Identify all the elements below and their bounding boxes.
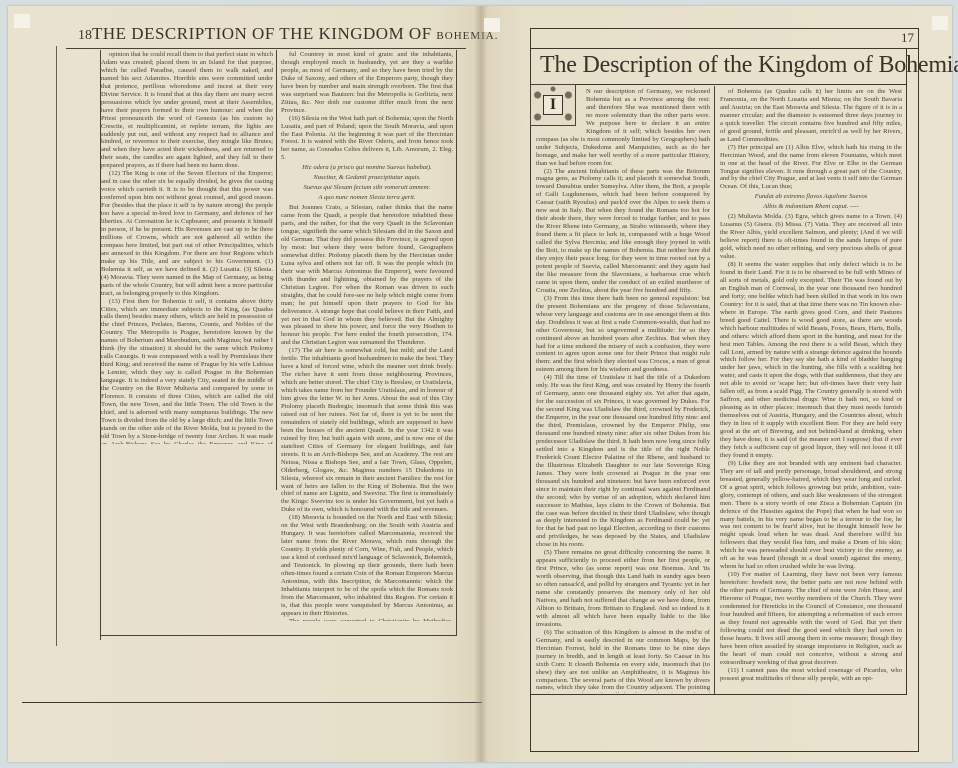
- paragraph: (10) For matter of Learning, they have n…: [720, 571, 902, 666]
- verse-line: Albis & indomitum Rheni caput. ----: [720, 203, 902, 211]
- scan-mark: [932, 16, 948, 30]
- column-divider: [714, 86, 715, 694]
- running-title: THE DESCRIPTION OF THE KINGDOM OF BOHEMI…: [92, 24, 499, 44]
- paragraph: But Joannes Crato, a Silesian, rather th…: [281, 204, 453, 347]
- paragraph: (7) Her principal are (1) Albis Elve, wh…: [720, 144, 902, 192]
- running-title-text: THE DESCRIPTION OF THE KINGDOM OF: [92, 24, 432, 43]
- left-column-2: ful Countrey in most kind of grain: and …: [281, 51, 453, 621]
- right-column-2: of Bohemia (as Quadus calls it) her limi…: [720, 88, 902, 693]
- page-title: The Description of the Kingdom of Bohemi…: [540, 52, 910, 79]
- title-rule: [532, 84, 906, 85]
- initial-letter: I: [543, 95, 563, 115]
- page-number: 18: [78, 28, 92, 44]
- scan-mark: [14, 14, 30, 28]
- column-frame-left: [100, 50, 101, 640]
- verse-line: Fundat ab extremo flavos Aquilone Suevos: [720, 193, 902, 201]
- page-number: 17: [901, 30, 914, 46]
- verse-line: Suevus qui Slesam fecium sibi vomeruit a…: [281, 184, 453, 192]
- paragraph: (13) First then for Bohemia it self, it …: [101, 298, 273, 444]
- right-column-1: N our description of Germany, we reckone…: [536, 88, 710, 693]
- paragraph: (3) From this time there hath been no ge…: [536, 295, 710, 375]
- column-divider: [276, 50, 277, 490]
- frame-bottom: [531, 694, 907, 695]
- paragraph: ful Countrey in most kind of grain: and …: [281, 51, 453, 115]
- left-page: 18 THE DESCRIPTION OF THE KINGDOM OF BOH…: [8, 6, 480, 762]
- frame-bottom: [100, 635, 457, 636]
- paragraph: (6) The scituation of this Kingdom is al…: [536, 629, 710, 693]
- paragraph: of Bohemia (as Quadus calls it) her limi…: [720, 88, 902, 144]
- paragraph: (18) Moravia is bounded on the North and…: [281, 514, 453, 617]
- left-page-header: 18 THE DESCRIPTION OF THE KINGDOM OF BOH…: [78, 24, 478, 44]
- verse-line: Hic odera (a prisco qui nomine Suevus ha…: [281, 164, 453, 172]
- paragraph: (8) It seems the water supplies that onl…: [720, 261, 902, 460]
- page-bottom-rule: [22, 702, 482, 703]
- paragraph: (11) I cannot pass the most wicked cosen…: [720, 667, 902, 683]
- paragraph: (16) Silesia on the West hath part of Bo…: [281, 115, 453, 163]
- paragraph: opinion that he could recall them to tha…: [101, 51, 273, 170]
- scan-mark: [484, 18, 500, 32]
- margin-rule: [906, 48, 907, 694]
- margin-rule: [56, 46, 57, 646]
- paragraph: (4) Till the time of Uratislaw it had th…: [536, 374, 710, 549]
- paragraph: (12) The King is one of the Seven Electo…: [101, 170, 273, 297]
- decorated-initial: I: [530, 84, 576, 126]
- book-spread: 18 THE DESCRIPTION OF THE KINGDOM OF BOH…: [8, 6, 952, 762]
- paragraph: (17) The air here is somewhat cold, but …: [281, 347, 453, 514]
- verse-line: A quo nunc nomen Slesia terra gerit.: [281, 194, 453, 202]
- header-rule: [66, 48, 466, 49]
- paragraph: (2) Multavia Molda. (3) Egra, which give…: [720, 213, 902, 261]
- paragraph: (9) Like they are not branded with any e…: [720, 460, 902, 571]
- verse-line: Nascitur, & Gedanii praecipitatur aquis.: [281, 174, 453, 182]
- header-rule: [531, 48, 918, 49]
- paragraph: (5) There remains no great difficulty co…: [536, 549, 710, 629]
- column-frame-right: [456, 50, 457, 636]
- paragraph: (2) The ancient Inhabitants of these par…: [536, 168, 710, 295]
- left-column-1: opinion that he could recall them to tha…: [101, 51, 273, 444]
- paragraph: The people were converted to Christianit…: [281, 618, 453, 621]
